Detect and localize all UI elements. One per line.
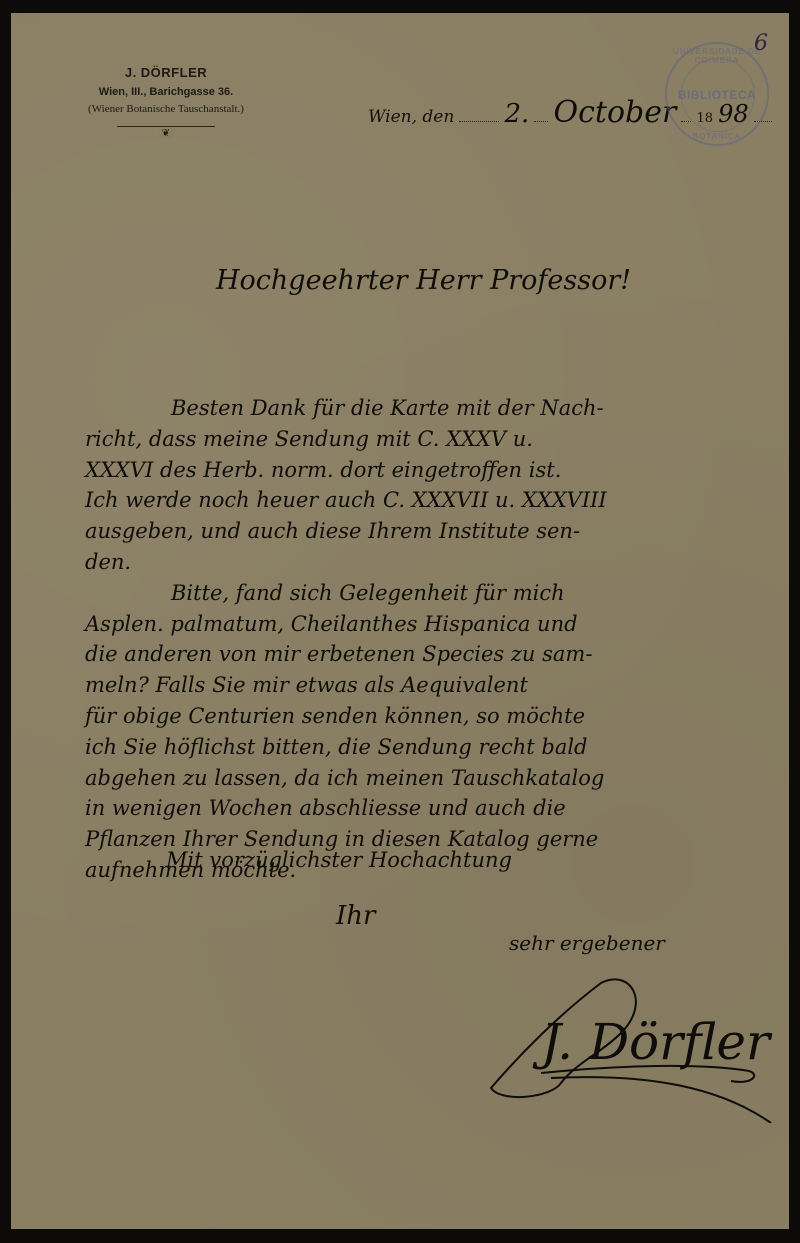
folio-number: 6	[754, 31, 768, 56]
dateline-dots	[459, 107, 499, 122]
body-line: richt, dass meine Sendung mit C. XXXV u.	[85, 424, 785, 455]
body-line: Bitte, fand sich Gelegenheit für mich	[85, 578, 785, 609]
dateline-dots	[534, 107, 548, 122]
body-line: ich Sie höflichst bitten, die Sendung re…	[85, 732, 785, 763]
body-line: meln? Falls Sie mir etwas als Aequivalen…	[85, 670, 785, 701]
body-line: Besten Dank für die Karte mit der Nach-	[85, 393, 785, 424]
stamp-top-text: UNIVERSIDADE DE COIMBRA	[667, 47, 767, 65]
body-line: Asplen. palmatum, Cheilanthes Hispanica …	[85, 609, 785, 640]
body-line: den.	[85, 547, 785, 578]
signature-name: J. Dörfler	[541, 1013, 770, 1071]
letterhead-subtitle: (Wiener Botanische Tauschanstalt.)	[41, 103, 291, 115]
body-line: die anderen von mir erbetenen Species zu…	[85, 639, 785, 670]
ornament-icon: ❦	[159, 129, 173, 139]
body-line: XXXVI des Herb. norm. dort eingetroffen …	[85, 455, 785, 486]
letterhead: J. DÖRFLER Wien, III., Barichgasse 36. (…	[41, 65, 291, 131]
stamp-center-text: BIBLIOTECA	[667, 88, 767, 102]
letterhead-name: J. DÖRFLER	[41, 65, 291, 80]
letter-body: Besten Dank für die Karte mit der Nach- …	[85, 393, 785, 886]
dateline-day: 2.	[505, 99, 530, 129]
signature: J. Dörfler	[481, 973, 781, 1123]
dateline-month: October	[554, 95, 677, 130]
letterhead-address: Wien, III., Barichgasse 36.	[41, 86, 291, 98]
closing-ihr: Ihr	[336, 901, 375, 931]
stamp-bottom-text: BOTANICA	[667, 132, 767, 141]
dateline-place: Wien, den	[368, 107, 454, 127]
body-line: in wenigen Wochen abschliesse und auch d…	[85, 793, 785, 824]
body-line: für obige Centurien senden können, so mö…	[85, 701, 785, 732]
body-line: Ich werde noch heuer auch C. XXXVII u. X…	[85, 485, 785, 516]
letter-paper: J. DÖRFLER Wien, III., Barichgasse 36. (…	[11, 13, 789, 1229]
body-line: ausgeben, und auch diese Ihrem Institute…	[85, 516, 785, 547]
letterhead-ornament: ❦	[117, 121, 215, 131]
closing-ergebener: sehr ergebener	[509, 931, 665, 955]
library-stamp: UNIVERSIDADE DE COIMBRA BIBLIOTECA BOTAN…	[665, 42, 769, 146]
closing-phrase: Mit vorzüglichster Hochachtung	[166, 848, 512, 872]
salutation: Hochgeehrter Herr Professor!	[216, 265, 631, 296]
body-line: abgehen zu lassen, da ich meinen Tauschk…	[85, 763, 785, 794]
